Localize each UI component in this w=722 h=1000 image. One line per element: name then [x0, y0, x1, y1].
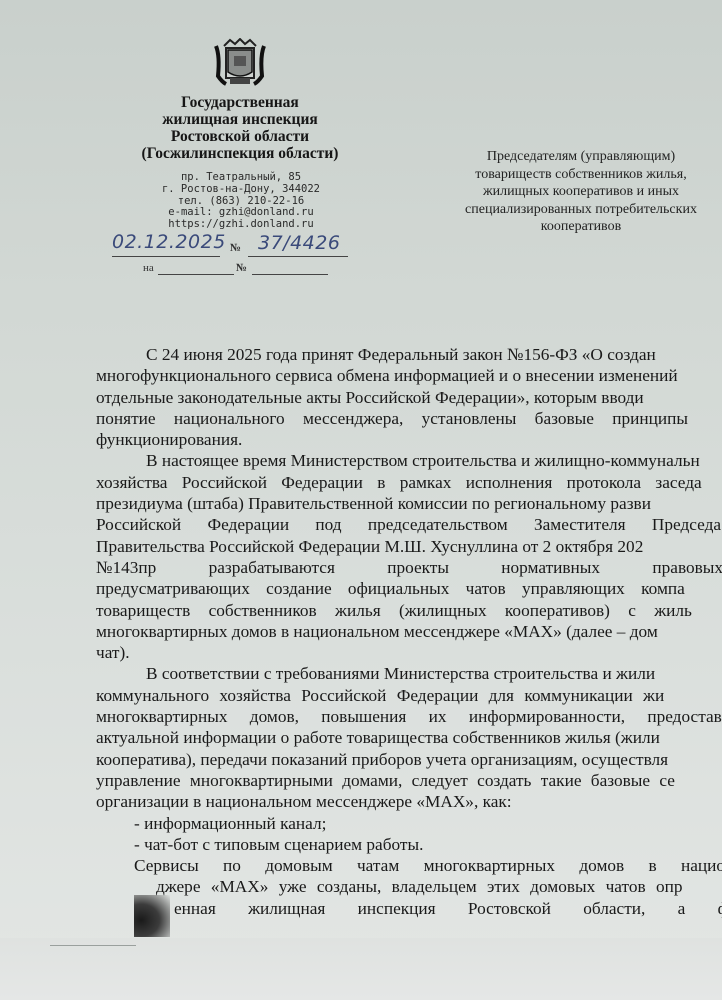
organization-name: Государственная жилищная инспекция Росто…: [118, 94, 362, 162]
text-line: президиума (штаба) Правительственной ком…: [96, 493, 722, 514]
addressee-line: товариществ собственников жилья,: [436, 166, 722, 184]
reply-number-label: №: [236, 262, 247, 274]
org-line: жилищная инспекция: [118, 111, 362, 128]
text-line: организации в национальном мессенджере «…: [96, 791, 722, 812]
paragraph-law-156fz: С 24 июня 2025 года принят Федеральный з…: [96, 344, 722, 450]
list-item-info-channel: - информационный канал;: [96, 813, 722, 834]
paragraph-requirements: В соответствии с требованиями Министерст…: [96, 663, 722, 812]
contact-block: пр. Театральный, 85 г. Ростов-на-Дону, 3…: [128, 172, 354, 231]
text-line: Российской Федерации под председательств…: [96, 514, 722, 535]
city-line: г. Ростов-на-Дону, 344022: [128, 184, 354, 196]
text-line: хозяйства Российской Федерации в рамках …: [96, 472, 722, 493]
date-underline: [112, 256, 220, 257]
paper-edge-line: [50, 945, 136, 946]
letter-body: С 24 июня 2025 года принят Федеральный з…: [96, 344, 722, 919]
text-line: управление многоквартирными домами, след…: [96, 770, 722, 791]
scanned-letter: Государственная жилищная инспекция Росто…: [0, 0, 722, 1000]
paragraph-house-chats: Сервисы по домовым чатам многоквартирных…: [96, 855, 722, 919]
paragraph-ministry-projects: В настоящее время Министерством строител…: [96, 450, 722, 663]
services-list: - информационный канал; - чат-бот с типо…: [96, 813, 722, 856]
number-underline: [248, 256, 348, 257]
org-line: Государственная: [118, 94, 362, 111]
text-line: актуальной информации о работе товарищес…: [96, 727, 722, 748]
org-line: Ростовской области: [118, 128, 362, 145]
text-line: №143пр разрабатываются проекты нормативн…: [96, 557, 722, 578]
addressee-block: Председателям (управляющим) товариществ …: [436, 148, 722, 236]
text-line: коммунального хозяйства Российской Федер…: [96, 685, 722, 706]
text-line: С 24 июня 2025 года принят Федеральный з…: [96, 344, 722, 365]
text-line: понятие национального мессенджера, устан…: [96, 408, 722, 429]
text-line: чат).: [96, 642, 722, 663]
text-line: функционирования.: [96, 429, 722, 450]
addressee-line: кооперативов: [436, 218, 722, 236]
text-line: многофункционального сервиса обмена инфо…: [96, 365, 722, 386]
addressee-line: жилищных кооперативов и иных: [436, 183, 722, 201]
handwritten-date: 02.12.2025: [112, 231, 226, 253]
text-line: Правительства Российской Федерации М.Ш. …: [96, 536, 722, 557]
website-line: https://gzhi.donland.ru: [128, 219, 354, 231]
text-line: кооператива), передачи показаний приборо…: [96, 749, 722, 770]
text-line: многоквартирных домов, повышения их инфо…: [96, 706, 722, 727]
handwritten-reg-number: 37/4426: [258, 232, 340, 254]
reply-date-underline: [158, 274, 234, 275]
text-line: В соответствии с требованиями Министерст…: [96, 663, 722, 684]
text-line: товариществ собственников жилья (жилищны…: [96, 600, 722, 621]
underlying-page-edge: [0, 938, 722, 1000]
list-item-chat-bot: - чат-бот с типовым сценарием работы.: [96, 834, 722, 855]
text-line: отдельные законодательные акты Российско…: [96, 387, 722, 408]
reply-to-label: на: [143, 262, 154, 274]
number-label: №: [230, 242, 241, 254]
text-line: предусматривающих создание официальных ч…: [96, 578, 722, 599]
org-line: (Госжилинспекция области): [118, 145, 362, 162]
addressee-line: специализированных потребительских: [436, 201, 722, 219]
text-line: Сервисы по домовым чатам многоквартирных…: [96, 855, 722, 876]
text-line: джере «МАХ» уже созданы, владельцем этих…: [96, 876, 722, 897]
finger-shadow: [134, 895, 170, 937]
text-line: В настоящее время Министерством строител…: [96, 450, 722, 471]
addressee-line: Председателям (управляющим): [436, 148, 722, 166]
reply-number-underline: [252, 274, 328, 275]
text-line: енная жилищная инспекция Ростовской обла…: [96, 898, 722, 919]
text-line: многоквартирных домов в национальном мес…: [96, 621, 722, 642]
coat-of-arms-icon: [212, 38, 268, 90]
